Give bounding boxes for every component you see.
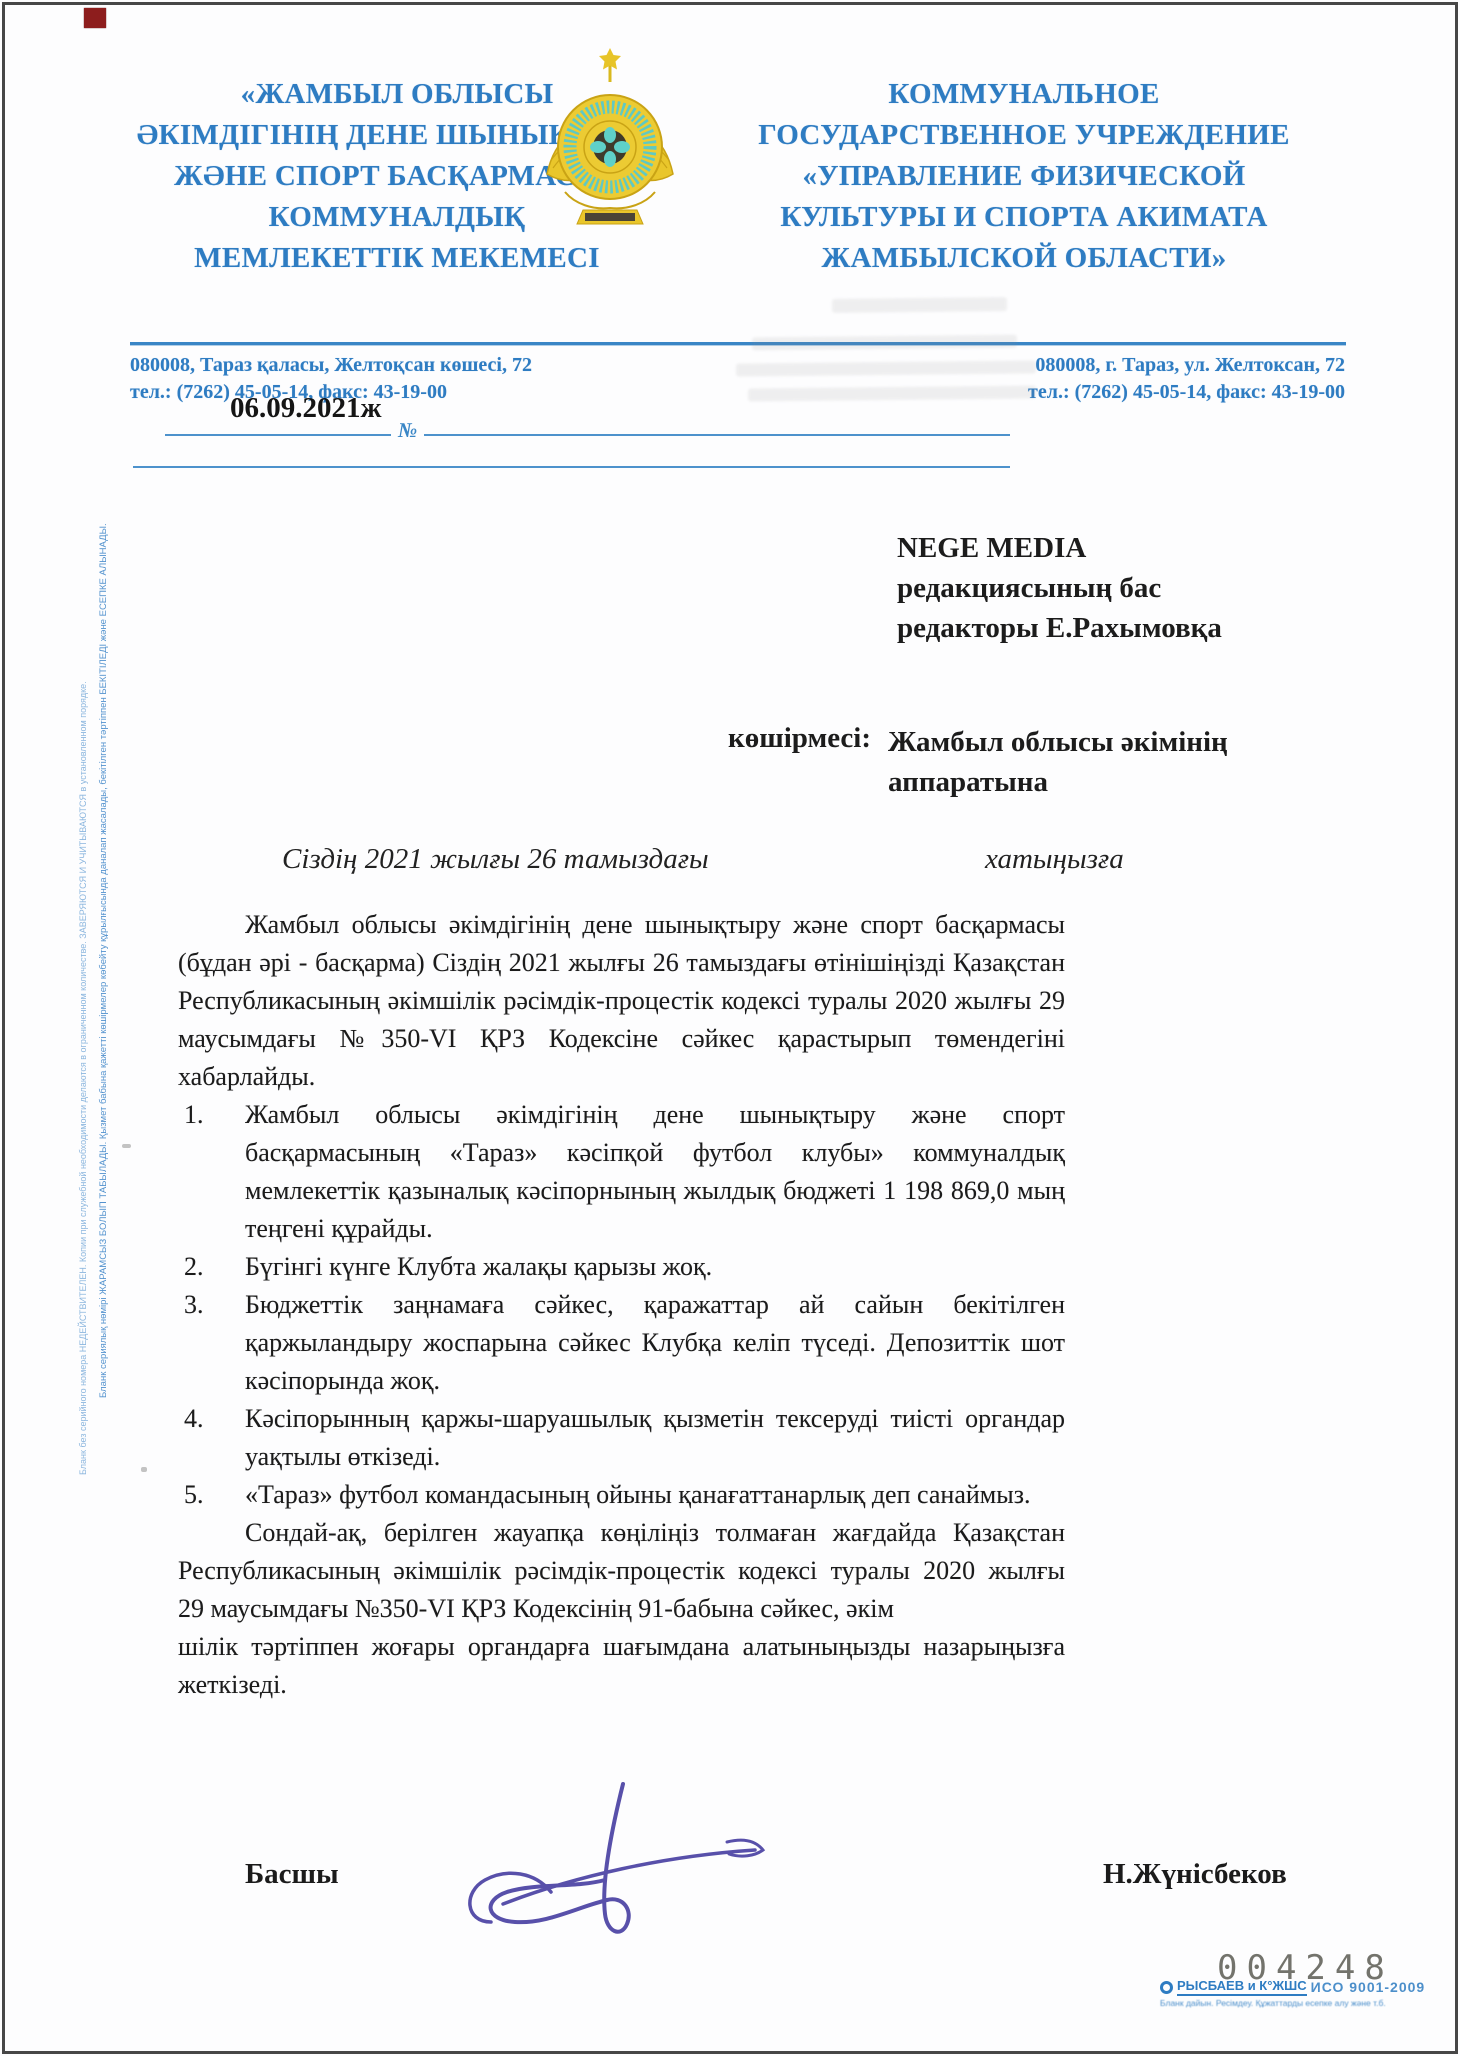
copy-line: Жамбыл облысы әкімінің [888,722,1328,762]
printer-mark: РЫСБАЕВ и К°ЖШС ИСО 9001-2009 Бланк дайы… [1160,1978,1420,2008]
handwritten-signature [455,1772,805,1942]
printer-brand: РЫСБАЕВ и К°ЖШС [1177,1978,1307,1996]
margin-note-kazakh: Бланк сериялық нөмірі ЖАРАМСЫЗ БОЛЫП ТАБ… [98,523,109,1398]
recipient-block: NEGE MEDIA редакциясының бас редакторы Е… [897,528,1317,648]
list-item: Жамбыл облысы әкімдігінің дене шынықтыру… [178,1096,1065,1248]
copy-line: аппаратына [888,762,1328,802]
org-ru-line: ГОСУДАРСТВЕННОЕ УЧРЕЖДЕНИЕ [700,115,1348,156]
list-item: Бүгінгі күнге Клубта жалақы қарызы жоқ. [178,1248,1065,1286]
address-kk-line: тел.: (7262) 45-05-14, факс: 43-19-00 [130,379,690,406]
letter-date: 06.09.2021ж [230,392,382,425]
intro-paragraph: Жамбыл облысы әкімдігінің дене шынықтыру… [178,906,1065,1096]
kazakhstan-emblem-icon [535,42,685,242]
scan-artifact [141,1467,147,1472]
org-kk-line: МЕМЛЕКЕТТІК МЕКЕМЕСІ [128,238,666,279]
signer-name: Н.Жүнісбеков [1103,1858,1287,1891]
closing-line: жеткізеді. [178,1666,1065,1704]
printer-logo-icon [1160,1981,1173,1994]
org-ru-line: КОММУНАЛЬНОЕ [700,74,1348,115]
closing-line: 29 маусымдағы №350-VI ҚРЗ Кодексінің 91-… [178,1590,1065,1628]
header-divider [130,342,1346,345]
scan-artifact [752,335,1017,351]
copy-recipient: Жамбыл облысы әкімінің аппаратына [888,722,1328,802]
second-underline [133,466,1010,468]
list-item: Бюджеттік заңнамаға сәйкес, қаражаттар а… [178,1286,1065,1400]
numbered-list: Жамбыл облысы әкімдігінің дене шынықтыру… [178,1096,1065,1514]
closing-line: Республикасының әкімшілік рәсімдік-проце… [178,1552,1065,1590]
closing-line: шілік тәртіппен жоғары органдарға шағымд… [178,1628,1065,1666]
scanned-letter-page: «ЖАМБЫЛ ОБЛЫСЫ ӘКІМДІГІНІҢ ДЕНЕ ШЫНЫҚТЫР… [0,0,1460,2056]
subject-left: Сіздің 2021 жылғы 26 тамыздағы [282,843,709,876]
list-item: «Тараз» футбол командасының ойыны қанаға… [178,1476,1065,1514]
closing-line: Сондай-ақ, берілген жауапқа көңіліңіз то… [178,1514,1065,1552]
scan-mark-red [84,8,106,28]
signer-title: Басшы [245,1858,339,1891]
printer-iso: ИСО 9001-2009 [1311,1979,1426,1995]
number-underline [424,434,1010,436]
margin-note-russian: Бланк без серийного номера НЕДЕЙСТВИТЕЛЕ… [78,681,88,1475]
closing-paragraph: Сондай-ақ, берілген жауапқа көңіліңіз то… [178,1514,1065,1704]
scan-artifact [122,1144,131,1148]
org-ru-line: КУЛЬТУРЫ И СПОРТА АКИМАТА [700,197,1348,238]
printer-subtext: Бланк дайын. Ресімдеу. Құжаттарды есепке… [1160,1998,1420,2008]
scan-artifact [832,297,1007,313]
copy-label: көшірмесі: [728,722,871,755]
address-kk-line: 080008, Тараз қаласы, Желтоқсан көшесі, … [130,352,690,379]
recipient-line: NEGE MEDIA [897,528,1317,568]
org-name-russian: КОММУНАЛЬНОЕ ГОСУДАРСТВЕННОЕ УЧРЕЖДЕНИЕ … [700,74,1348,279]
org-ru-line: ЖАМБЫЛСКОЙ ОБЛАСТИ» [700,238,1348,279]
number-sign: № [398,418,417,443]
address-kazakh: 080008, Тараз қаласы, Желтоқсан көшесі, … [130,352,690,406]
list-item: Кәсіпорынның қаржы-шаруашылық қызметін т… [178,1400,1065,1476]
recipient-line: редакциясының бас [897,568,1317,608]
recipient-line: редакторы Е.Рахымовқа [897,608,1317,648]
date-underline [165,434,391,436]
letter-body: Жамбыл облысы әкімдігінің дене шынықтыру… [178,906,1065,1704]
subject-right: хатыңызға [985,843,1124,876]
org-ru-line: «УПРАВЛЕНИЕ ФИЗИЧЕСКОЙ [700,156,1348,197]
